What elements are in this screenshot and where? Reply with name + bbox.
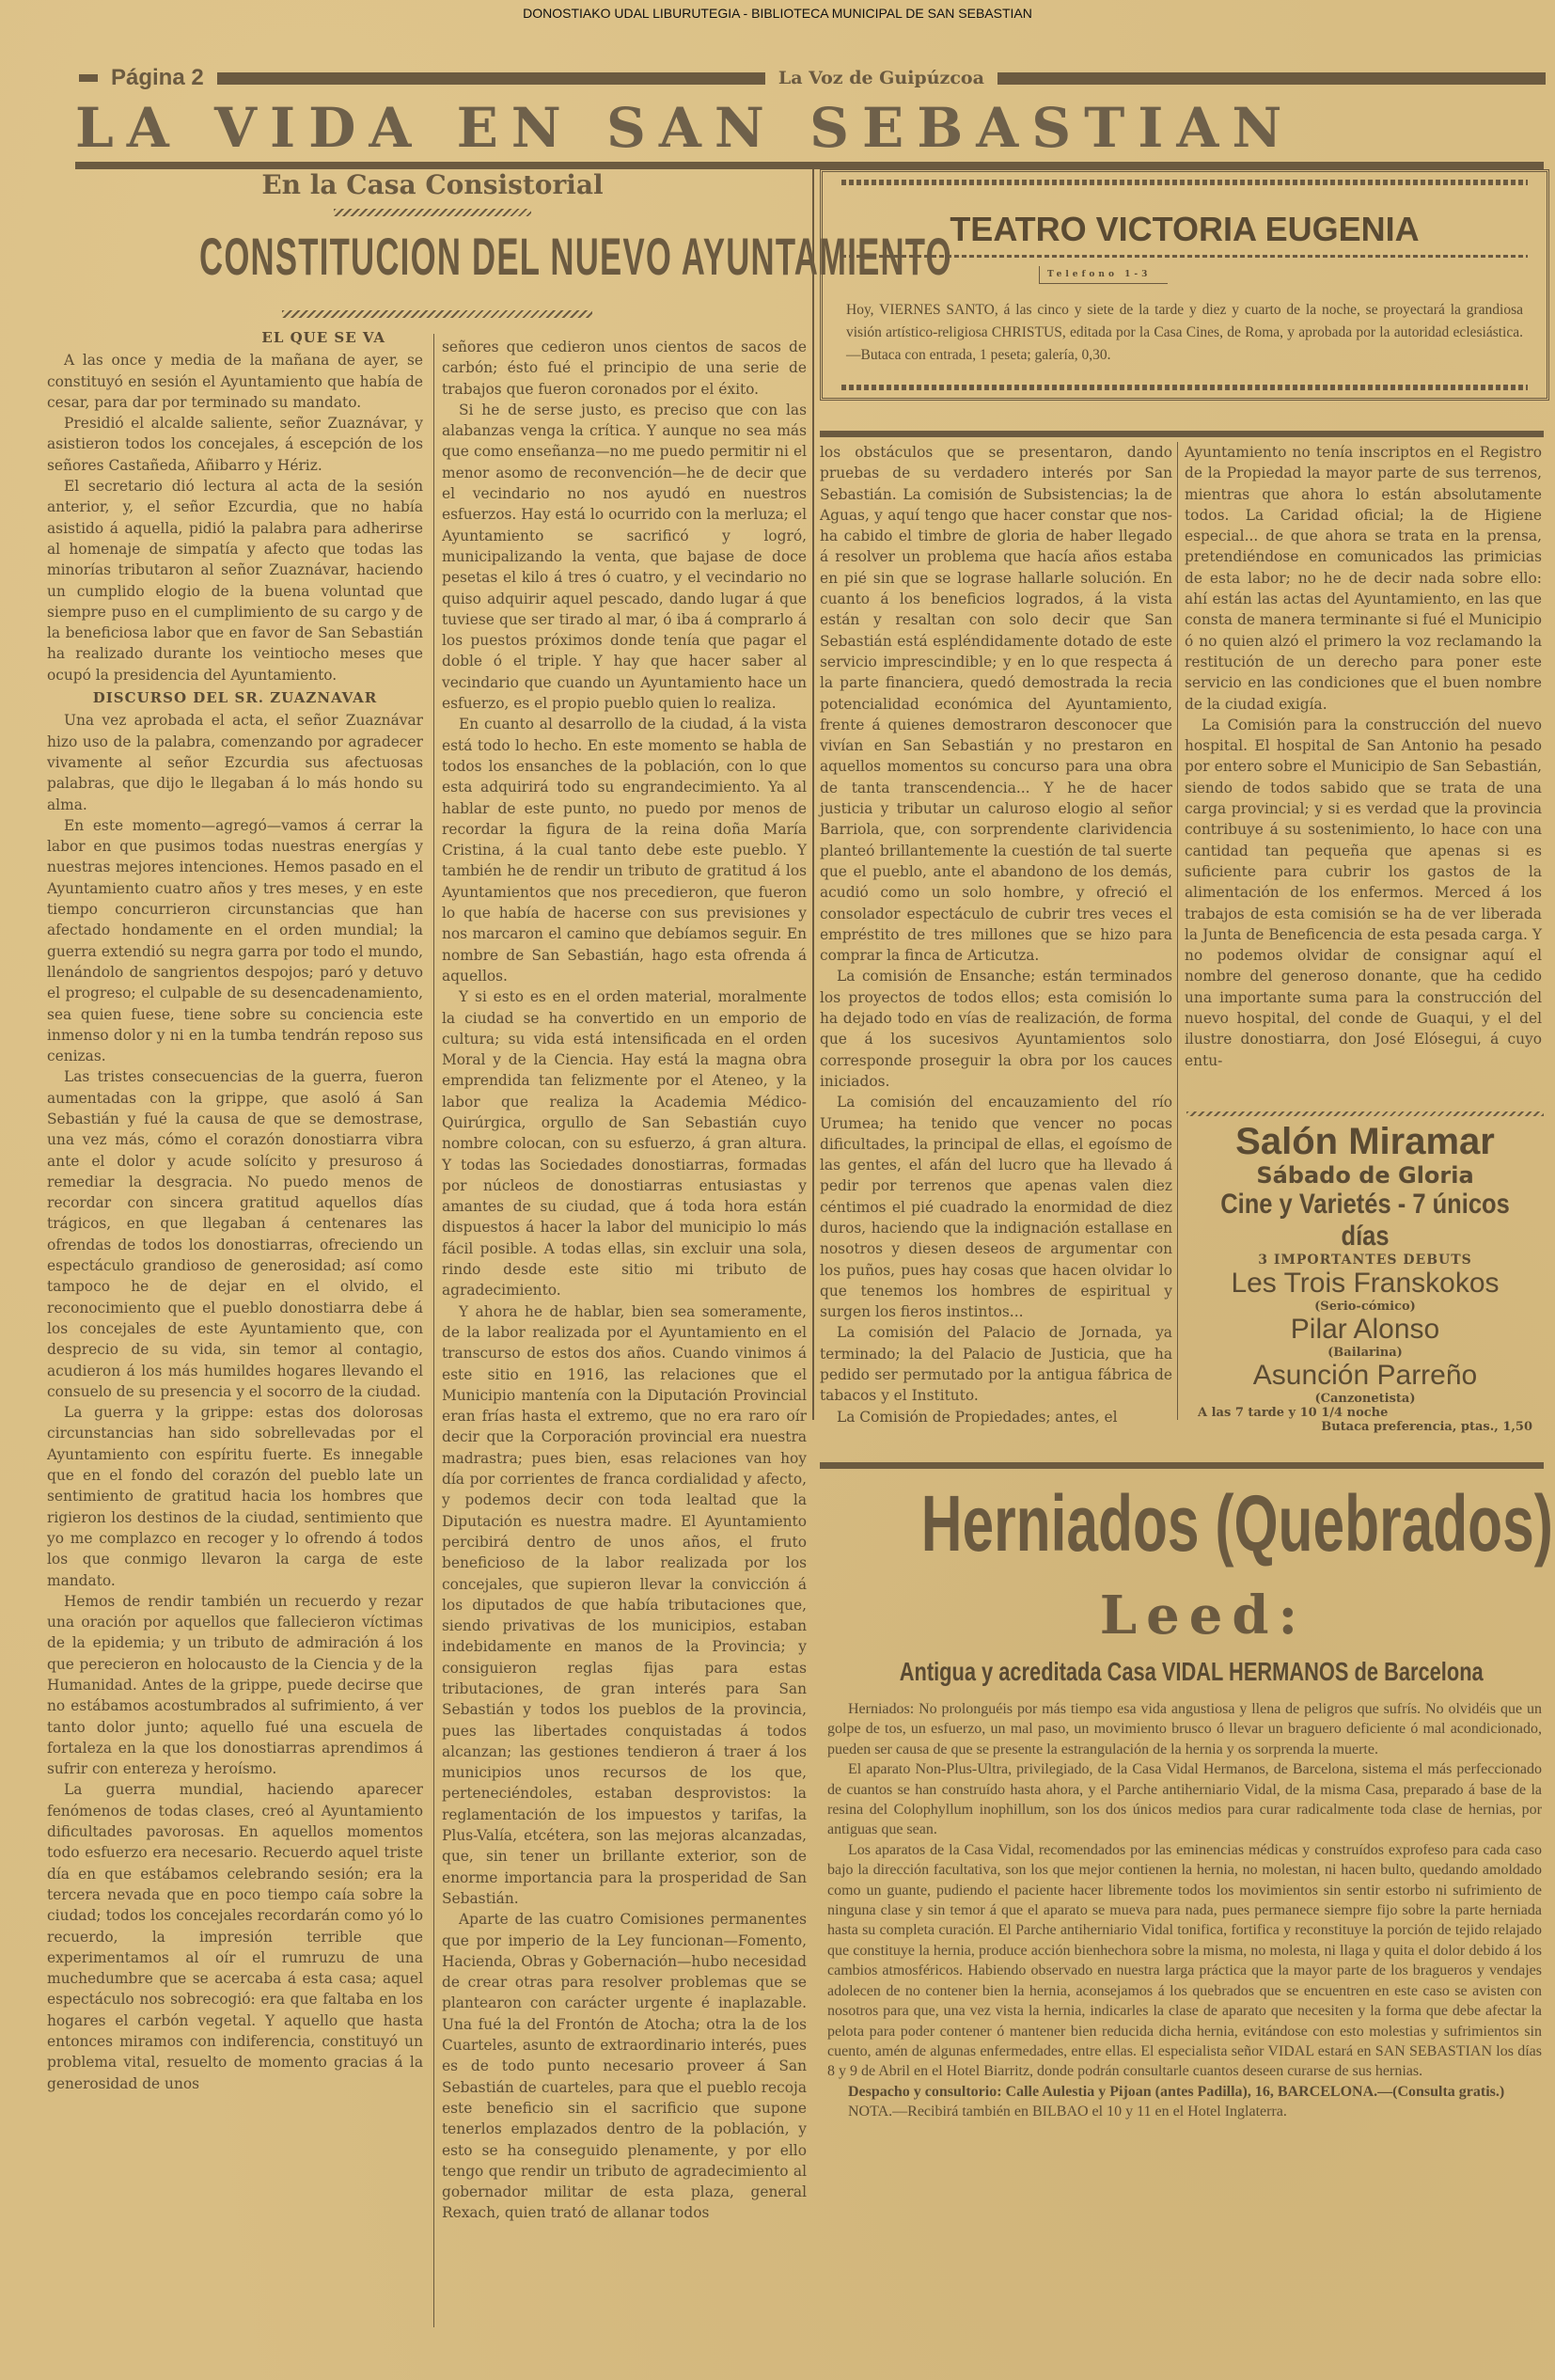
salon-title: Salón Miramar bbox=[1186, 1121, 1544, 1162]
wave-ornament bbox=[1186, 1111, 1544, 1116]
article-column-1: EL QUE SE VA A las once y media de la ma… bbox=[47, 325, 423, 2094]
paragraph: NOTA.—Recibirá también en BILBAO el 10 y… bbox=[827, 2102, 1542, 2121]
dotted-border bbox=[841, 385, 1528, 390]
newspaper-name: La Voz de Guipúzcoa bbox=[778, 68, 984, 88]
paragraph: La guerra mundial, haciendo aparecer fen… bbox=[47, 1779, 423, 2093]
header-rule-left bbox=[217, 72, 765, 85]
paragraph: señores que cedieron unos cientos de sac… bbox=[442, 337, 807, 400]
salon-price: Butaca preferencia, ptas., 1,50 bbox=[1186, 1420, 1544, 1434]
paragraph: La guerra y la grippe: estas dos doloros… bbox=[47, 1402, 423, 1591]
article-column-4: Ayuntamiento no tenía inscriptos en el R… bbox=[1185, 442, 1542, 1071]
theatre-ad: TEATRO VICTORIA EUGENIA Telefono 1-3 Hoy… bbox=[820, 169, 1549, 401]
paragraph: La Comisión de Propiedades; antes, el bbox=[820, 1407, 1172, 1427]
subhead-discurso: DISCURSO DEL SR. ZUAZNAVAR bbox=[47, 687, 423, 708]
paragraph: Despacho y consultorio: Calle Aulestia y… bbox=[827, 2082, 1542, 2102]
paragraph: En este momento—agregó—vamos á cerrar la… bbox=[47, 815, 423, 1067]
article-headline: CONSTITUCION DEL NUEVO AYUNTAMIENTO bbox=[199, 226, 666, 287]
paragraph: Presidió el alcalde saliente, señor Zuaz… bbox=[47, 413, 423, 476]
salon-act-role: (Serio-cómico) bbox=[1186, 1300, 1544, 1314]
theatre-telephone: Telefono 1-3 bbox=[1039, 266, 1168, 284]
column-divider bbox=[812, 169, 814, 1420]
theatre-text: Hoy, VIERNES SANTO, á las cinco y siete … bbox=[846, 299, 1523, 367]
hernia-ad-subtitle: Antigua y acreditada Casa VIDAL HERMANOS… bbox=[900, 1657, 1465, 1687]
salon-act-role: (Bailarina) bbox=[1186, 1346, 1544, 1360]
paragraph: Y ahora he de hablar, bien sea someramen… bbox=[442, 1301, 807, 1910]
paragraph: Si he de serse justo, es preciso que con… bbox=[442, 400, 807, 714]
paragraph: El aparato Non-Plus-Ultra, privilegiado,… bbox=[827, 1759, 1542, 1840]
wave-ornament bbox=[282, 310, 592, 318]
paragraph: La Comisión para la construcción del nue… bbox=[1185, 715, 1542, 1071]
article-kicker: En la Casa Consistorial bbox=[56, 169, 809, 200]
paragraph: Herniados: No prolonguéis por más tiempo… bbox=[827, 1699, 1542, 1759]
salon-line: Cine y Varietés - 7 únicos días bbox=[1214, 1189, 1517, 1253]
paragraph: La comisión del Palacio de Jornada, ya t… bbox=[820, 1322, 1172, 1406]
paragraph: Y si esto es en el orden material, moral… bbox=[442, 986, 807, 1300]
salon-miramar-ad: Salón Miramar Sábado de Gloria Cine y Va… bbox=[1186, 1121, 1544, 1434]
hernia-ad-title: Herniados (Quebrados) bbox=[921, 1481, 1442, 1566]
paragraph: La comisión del encauzamiento del río Ur… bbox=[820, 1092, 1172, 1322]
section-rule bbox=[820, 1462, 1544, 1469]
page-number: Página 2 bbox=[111, 65, 204, 91]
dotted-border bbox=[841, 180, 1528, 185]
page-header: Página 2 La Voz de Guipúzcoa bbox=[79, 66, 1546, 90]
column-divider bbox=[1177, 442, 1178, 1420]
paragraph: Aparte de las cuatro Comisiones permanen… bbox=[442, 1909, 807, 2223]
paragraph: Una vez aprobada el acta, el señor Zuazn… bbox=[47, 710, 423, 814]
article-column-2: señores que cedieron unos cientos de sac… bbox=[442, 337, 807, 2224]
hernia-ad-leed: Leed: bbox=[1015, 1584, 1391, 1647]
paragraph: A las once y media de la mañana de ayer,… bbox=[47, 350, 423, 413]
salon-act-name: Asunción Parreño bbox=[1186, 1360, 1544, 1392]
salon-times: A las 7 tarde y 10 1/4 noche bbox=[1186, 1406, 1544, 1420]
section-rule bbox=[820, 431, 1544, 437]
archive-banner: DONOSTIAKO UDAL LIBURUTEGIA - BIBLIOTECA… bbox=[0, 6, 1555, 21]
dotted-border bbox=[841, 255, 1528, 258]
paragraph: Ayuntamiento no tenía inscriptos en el R… bbox=[1185, 442, 1542, 715]
subhead-el-que-se-va: EL QUE SE VA bbox=[47, 327, 423, 348]
paragraph: Las tristes consecuencias de la guerra, … bbox=[47, 1066, 423, 1402]
masthead-rule bbox=[75, 162, 1544, 169]
paragraph: Hemos de rendir también un recuerdo y re… bbox=[47, 1591, 423, 1780]
header-rule-right bbox=[997, 72, 1546, 85]
salon-act-name: Les Trois Franskokos bbox=[1186, 1268, 1544, 1300]
paragraph: Los aparatos de la Casa Vidal, recomenda… bbox=[827, 1840, 1542, 2082]
salon-act-name: Pilar Alonso bbox=[1186, 1314, 1544, 1346]
ornament bbox=[79, 74, 98, 82]
paragraph: La comisión de Ensanche; están terminado… bbox=[820, 966, 1172, 1092]
column-divider bbox=[433, 334, 434, 2327]
wave-ornament bbox=[334, 209, 531, 216]
salon-debuts: 3 IMPORTANTES DEBUTS bbox=[1186, 1253, 1544, 1268]
salon-subtitle: Sábado de Gloria bbox=[1186, 1162, 1544, 1189]
hernia-ad-body: Herniados: No prolonguéis por más tiempo… bbox=[827, 1699, 1542, 2122]
paragraph: los obstáculos que se presentaron, dando… bbox=[820, 442, 1172, 966]
newspaper-page: DONOSTIAKO UDAL LIBURUTEGIA - BIBLIOTECA… bbox=[0, 0, 1555, 2380]
section-masthead: LA VIDA EN SAN SEBASTIAN bbox=[75, 100, 1544, 156]
paragraph: El secretario dió lectura al acta de la … bbox=[47, 476, 423, 686]
paragraph: En cuanto al desarrollo de la ciudad, á … bbox=[442, 714, 807, 986]
salon-act-role: (Canzonetista) bbox=[1186, 1392, 1544, 1406]
article-column-3: los obstáculos que se presentaron, dando… bbox=[820, 442, 1172, 1427]
theatre-title: TEATRO VICTORIA EUGENIA bbox=[823, 210, 1547, 249]
